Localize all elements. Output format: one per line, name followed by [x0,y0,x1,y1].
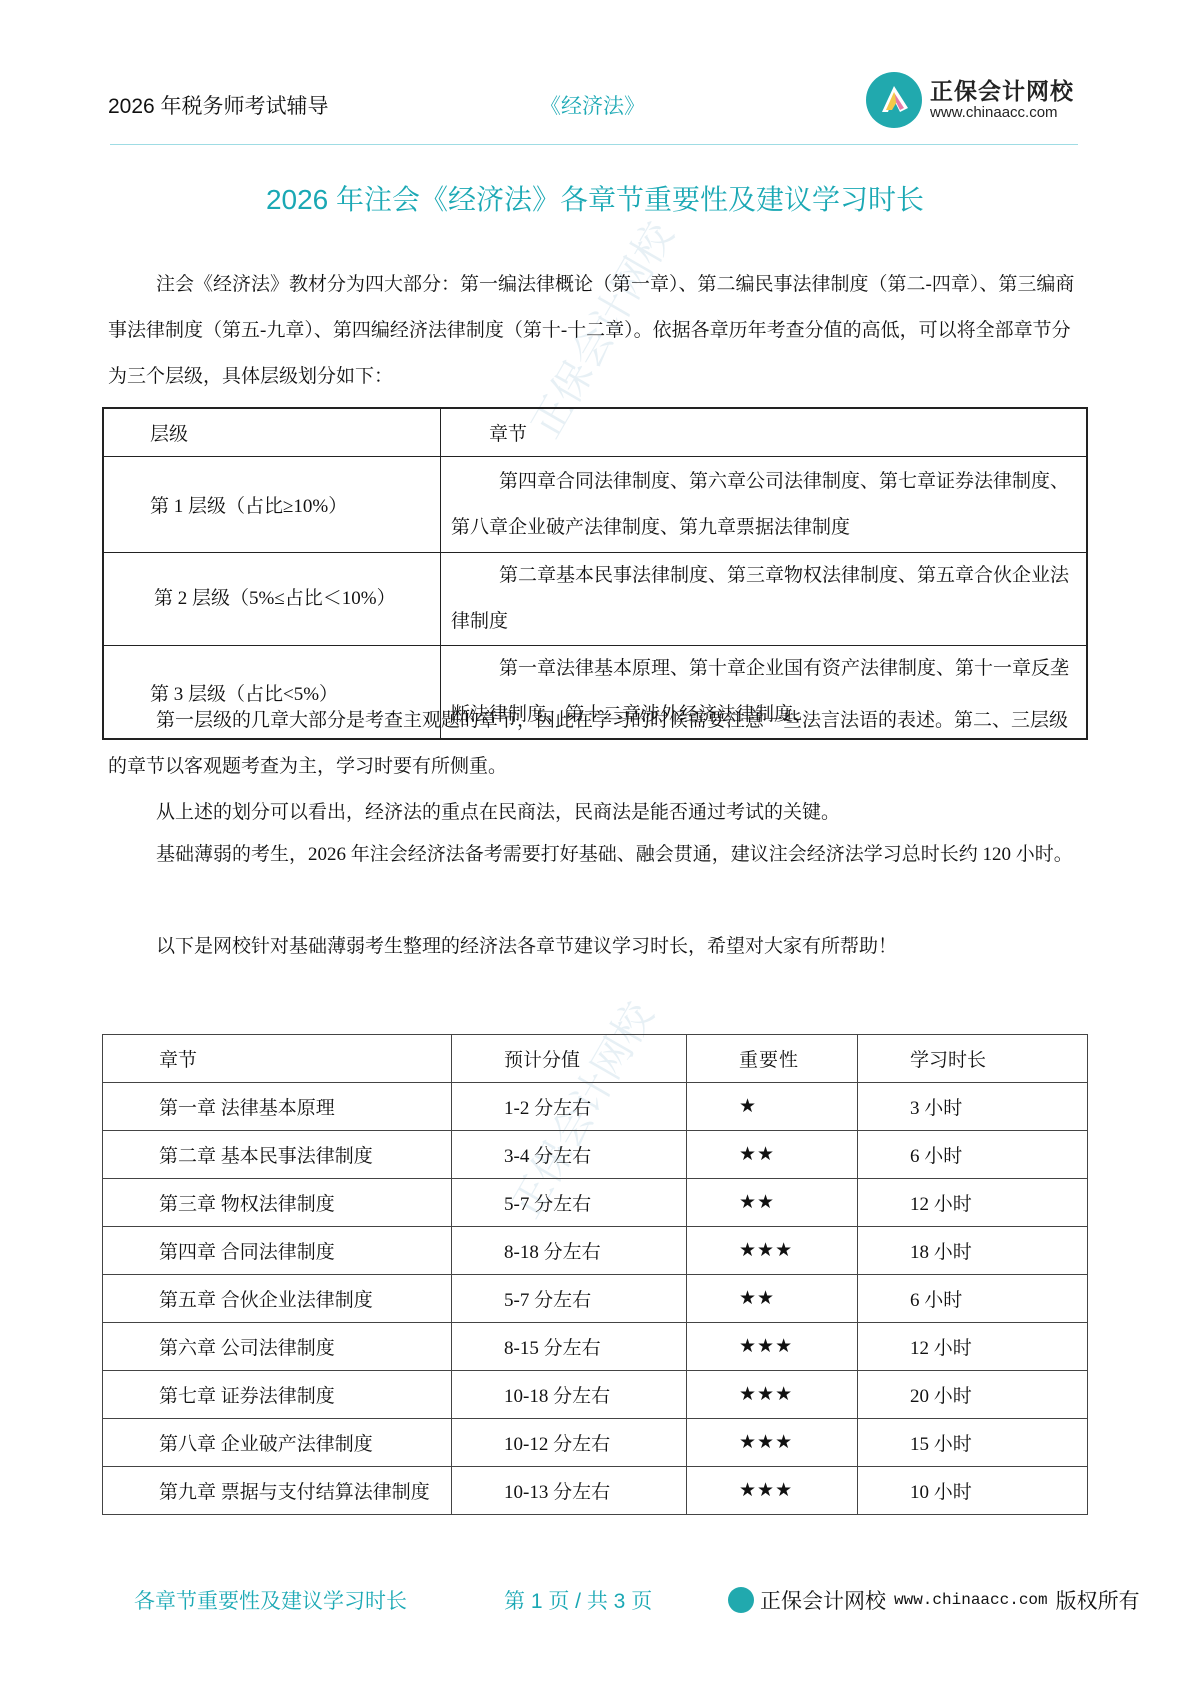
col-header-importance: 重要性 [687,1035,858,1083]
tier-level: 第 2 层级（5%≤占比＜10%） [103,553,441,646]
cell-importance-stars: ★★★ [687,1371,858,1419]
table-row: 第五章 合伙企业法律制度5-7 分左右★★6 小时 [103,1275,1088,1323]
footer-doc-title: 各章节重要性及建议学习时长 [134,1585,407,1615]
cell-hours: 6 小时 [858,1131,1088,1179]
table-row: 第八章 企业破产法律制度10-12 分左右★★★15 小时 [103,1419,1088,1467]
footer-brand: 正保会计网校 www.chinaacc.com 版权所有 [728,1585,1140,1615]
cell-chapter: 第三章 物权法律制度 [103,1179,452,1227]
cell-chapter: 第六章 公司法律制度 [103,1323,452,1371]
study-hours-table: 章节 预计分值 重要性 学习时长 第一章 法律基本原理1-2 分左右★3 小时 … [102,1034,1088,1515]
cell-hours: 20 小时 [858,1371,1088,1419]
footer-rights: 版权所有 [1056,1585,1140,1615]
cell-hours: 3 小时 [858,1083,1088,1131]
table-row: 第九章 票据与支付结算法律制度10-13 分左右★★★10 小时 [103,1467,1088,1515]
page-indicator: 第 1 页 / 共 3 页 [504,1585,652,1615]
cell-hours: 12 小时 [858,1323,1088,1371]
intro-paragraph: 注会《经济法》教材分为四大部分：第一编法律概论（第一章）、第二编民事法律制度（第… [108,262,1082,400]
table-row: 第一章 法律基本原理1-2 分左右★3 小时 [103,1083,1088,1131]
logo-url: www.chinaacc.com [930,104,1074,122]
tier-header-chapters: 章节 [441,408,1088,457]
cell-score: 5-7 分左右 [452,1179,687,1227]
tier-level: 第 1 层级（占比≥10%） [103,457,441,553]
header-exam-title: 2026 年税务师考试辅导 [108,90,329,120]
logo-icon [866,72,922,128]
page-title: 2026 年注会《经济法》各章节重要性及建议学习时长 [0,178,1190,218]
logo-name: 正保会计网校 [930,78,1074,104]
paragraph-tier-note: 第一层级的几章大部分是考查主观题的章节，因此在学习的时候需要注意一些法言法语的表… [108,698,1082,790]
footer-brand-name: 正保会计网校 [760,1585,886,1615]
cell-chapter: 第一章 法律基本原理 [103,1083,452,1131]
paragraph-key-point: 从上述的划分可以看出，经济法的重点在民商法，民商法是能否通过考试的关键。 [108,790,1082,836]
col-header-score: 预计分值 [452,1035,687,1083]
tier-chapters: 第二章基本民事法律制度、第三章物权法律制度、第五章合伙企业法律制度 [441,553,1088,646]
cell-hours: 15 小时 [858,1419,1088,1467]
brand-logo: 正保会计网校 www.chinaacc.com [866,72,1074,128]
cell-importance-stars: ★★★ [687,1227,858,1275]
cell-score: 5-7 分左右 [452,1275,687,1323]
cell-importance-stars: ★★ [687,1179,858,1227]
cell-hours: 6 小时 [858,1275,1088,1323]
cell-score: 8-18 分左右 [452,1227,687,1275]
header-subject: 《经济法》 [540,90,645,120]
table-header-row: 章节 预计分值 重要性 学习时长 [103,1035,1088,1083]
cell-score: 10-18 分左右 [452,1371,687,1419]
cell-hours: 12 小时 [858,1179,1088,1227]
cell-hours: 10 小时 [858,1467,1088,1515]
table-row: 第六章 公司法律制度8-15 分左右★★★12 小时 [103,1323,1088,1371]
cell-score: 10-12 分左右 [452,1419,687,1467]
cell-score: 3-4 分左右 [452,1131,687,1179]
cell-hours: 18 小时 [858,1227,1088,1275]
cell-importance-stars: ★★ [687,1275,858,1323]
table-row: 第二章 基本民事法律制度3-4 分左右★★6 小时 [103,1131,1088,1179]
cell-chapter: 第八章 企业破产法律制度 [103,1419,452,1467]
cell-importance-stars: ★★★ [687,1323,858,1371]
cell-importance-stars: ★★★ [687,1467,858,1515]
cell-score: 10-13 分左右 [452,1467,687,1515]
cell-importance-stars: ★★★ [687,1419,858,1467]
footer-url: www.chinaacc.com [894,1591,1048,1609]
table-row: 第七章 证券法律制度10-18 分左右★★★20 小时 [103,1371,1088,1419]
logo-icon [728,1587,754,1613]
cell-chapter: 第九章 票据与支付结算法律制度 [103,1467,452,1515]
cell-score: 1-2 分左右 [452,1083,687,1131]
cell-importance-stars: ★ [687,1083,858,1131]
tier-chapters: 第四章合同法律制度、第六章公司法律制度、第七章证券法律制度、第八章企业破产法律制… [441,457,1088,553]
cell-chapter: 第二章 基本民事法律制度 [103,1131,452,1179]
table-row: 第三章 物权法律制度5-7 分左右★★12 小时 [103,1179,1088,1227]
cell-chapter: 第七章 证券法律制度 [103,1371,452,1419]
table-row: 第四章 合同法律制度8-18 分左右★★★18 小时 [103,1227,1088,1275]
paragraph-total-hours: 基础薄弱的考生，2026 年注会经济法备考需要打好基础、融会贯通，建议注会经济法… [108,832,1082,878]
header-divider [110,144,1078,145]
cell-chapter: 第五章 合伙企业法律制度 [103,1275,452,1323]
col-header-hours: 学习时长 [858,1035,1088,1083]
tier-table: 层级 章节 第 1 层级（占比≥10%） 第四章合同法律制度、第六章公司法律制度… [102,407,1088,740]
tier-header-level: 层级 [103,408,441,457]
paragraph-table-intro: 以下是网校针对基础薄弱考生整理的经济法各章节建议学习时长，希望对大家有所帮助！ [108,924,1082,970]
cell-importance-stars: ★★ [687,1131,858,1179]
cell-chapter: 第四章 合同法律制度 [103,1227,452,1275]
cell-score: 8-15 分左右 [452,1323,687,1371]
col-header-chapter: 章节 [103,1035,452,1083]
